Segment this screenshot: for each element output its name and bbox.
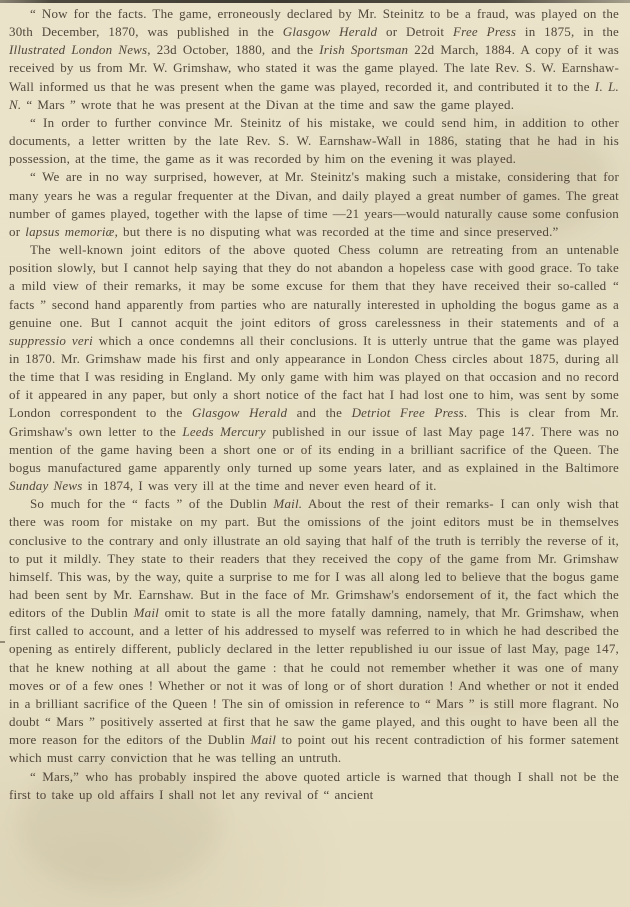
paragraph: “ Now for the facts. The game, erroneous… bbox=[9, 5, 619, 114]
text-segment: omit to state is all the more fatally da… bbox=[9, 605, 619, 747]
text-segment: “ In order to further convince Mr. Stein… bbox=[9, 115, 619, 166]
text-segment: “ Mars ” wrote that he was present at th… bbox=[21, 97, 514, 112]
text-segment: The well-known joint editors of the abov… bbox=[9, 242, 619, 330]
italic-text: Detriot Free Press bbox=[352, 405, 464, 420]
text-segment: “ Mars,” who has probably inspired the a… bbox=[9, 769, 619, 802]
document-page: “ Now for the facts. The game, erroneous… bbox=[0, 0, 630, 907]
italic-text: Glasgow Herald bbox=[192, 405, 287, 420]
text-segment: in 1874, I was very ill at the time and … bbox=[83, 478, 437, 493]
scan-edge-artifact bbox=[0, 0, 630, 3]
margin-ink-mark bbox=[0, 641, 5, 643]
italic-text: Leeds Mercury bbox=[182, 424, 265, 439]
text-segment: and the bbox=[287, 405, 351, 420]
italic-text: lapsus memoriæ bbox=[25, 224, 114, 239]
text-segment: So much for the “ facts ” of the Dublin bbox=[30, 496, 273, 511]
paragraph: So much for the “ facts ” of the Dublin … bbox=[9, 495, 619, 767]
italic-text: Irish Sportsman bbox=[319, 42, 408, 57]
paragraph: The well-known joint editors of the abov… bbox=[9, 241, 619, 495]
italic-text: Mail bbox=[251, 732, 276, 747]
text-segment: About the rest of their remarks- I can o… bbox=[9, 496, 619, 620]
text-block: “ Now for the facts. The game, erroneous… bbox=[9, 5, 619, 804]
italic-text: Illustrated London News bbox=[9, 42, 147, 57]
italic-text: Mail bbox=[134, 605, 159, 620]
italic-text: Glasgow Herald bbox=[283, 24, 377, 39]
paragraph: “ In order to further convince Mr. Stein… bbox=[9, 114, 619, 168]
italic-text: Mail. bbox=[273, 496, 302, 511]
italic-text: Sunday News bbox=[9, 478, 83, 493]
text-segment: or Detroit bbox=[377, 24, 453, 39]
italic-text: suppressio veri bbox=[9, 333, 93, 348]
italic-text: Free Press bbox=[453, 24, 516, 39]
paragraph: “ We are in no way surprised, however, a… bbox=[9, 168, 619, 241]
text-segment: in 1875, in the bbox=[516, 24, 619, 39]
paragraph: “ Mars,” who has probably inspired the a… bbox=[9, 768, 619, 804]
text-segment: , 23d October, 1880, and the bbox=[147, 42, 319, 57]
text-segment: , but there is no disputing what was rec… bbox=[115, 224, 559, 239]
